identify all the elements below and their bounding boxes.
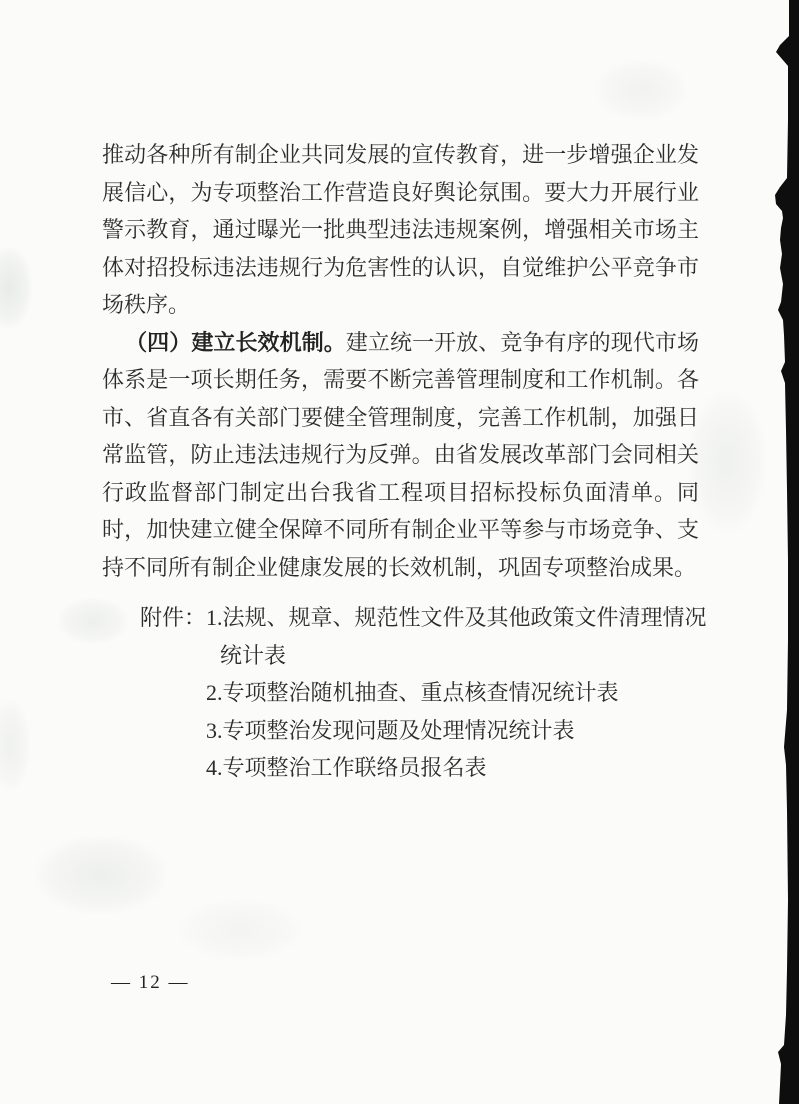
scan-smudge — [0, 700, 30, 790]
attachment-item-2: 2.专项整治随机抽查、重点核查情况统计表 — [206, 674, 707, 712]
paragraph-continuation: 推动各种所有制企业共同发展的宣传教育，进一步增强企业发展信心，为专项整治工作营造… — [102, 136, 699, 324]
scan-smudge — [180, 900, 300, 960]
scan-smudge — [36, 836, 166, 914]
document-body: 推动各种所有制企业共同发展的宣传教育，进一步增强企业发展信心，为专项整治工作营造… — [102, 136, 699, 787]
attachment-item-4-line-1: 4.专项整治工作联络员报名表 — [206, 749, 707, 787]
scan-smudge — [0, 248, 32, 328]
attachment-item-1-line-1: 1.法规、规章、规范性文件及其他政策文件清理情况 — [206, 599, 707, 637]
section-heading: （四）建立长效机制。 — [125, 330, 346, 355]
attachment-item-3-line-1: 3.专项整治发现问题及处理情况统计表 — [206, 712, 707, 750]
attachment-item-3: 3.专项整治发现问题及处理情况统计表 — [206, 712, 707, 750]
attachment-item-1-line-2: 统计表 — [206, 637, 707, 675]
scan-smudge — [596, 60, 686, 120]
attachments-block: 附件： 1.法规、规章、规范性文件及其他政策文件清理情况 统计表 2.专项整治随… — [140, 599, 699, 787]
attachment-item-1: 1.法规、规章、规范性文件及其他政策文件清理情况 统计表 — [206, 599, 707, 674]
attachments-label: 附件： — [140, 599, 206, 637]
paragraph-text: 建立统一开放、竞争有序的现代市场体系是一项长期任务，需要不断完善管理制度和工作机… — [102, 330, 699, 580]
page-number: — 12 — — [111, 972, 190, 994]
paragraph-text: 推动各种所有制企业共同发展的宣传教育，进一步增强企业发展信心，为专项整治工作营造… — [102, 142, 699, 317]
paragraph-section-4: （四）建立长效机制。建立统一开放、竞争有序的现代市场体系是一项长期任务，需要不断… — [102, 324, 699, 587]
attachment-item-4: 4.专项整治工作联络员报名表 — [206, 749, 707, 787]
attachments-list: 1.法规、规章、规范性文件及其他政策文件清理情况 统计表 2.专项整治随机抽查、… — [206, 599, 707, 787]
scanned-document-page: 推动各种所有制企业共同发展的宣传教育，进一步增强企业发展信心，为专项整治工作营造… — [0, 0, 799, 1104]
attachment-item-2-line-1: 2.专项整治随机抽查、重点核查情况统计表 — [206, 674, 707, 712]
scan-smudge — [688, 392, 766, 532]
scan-edge-artifact — [773, 0, 799, 1104]
